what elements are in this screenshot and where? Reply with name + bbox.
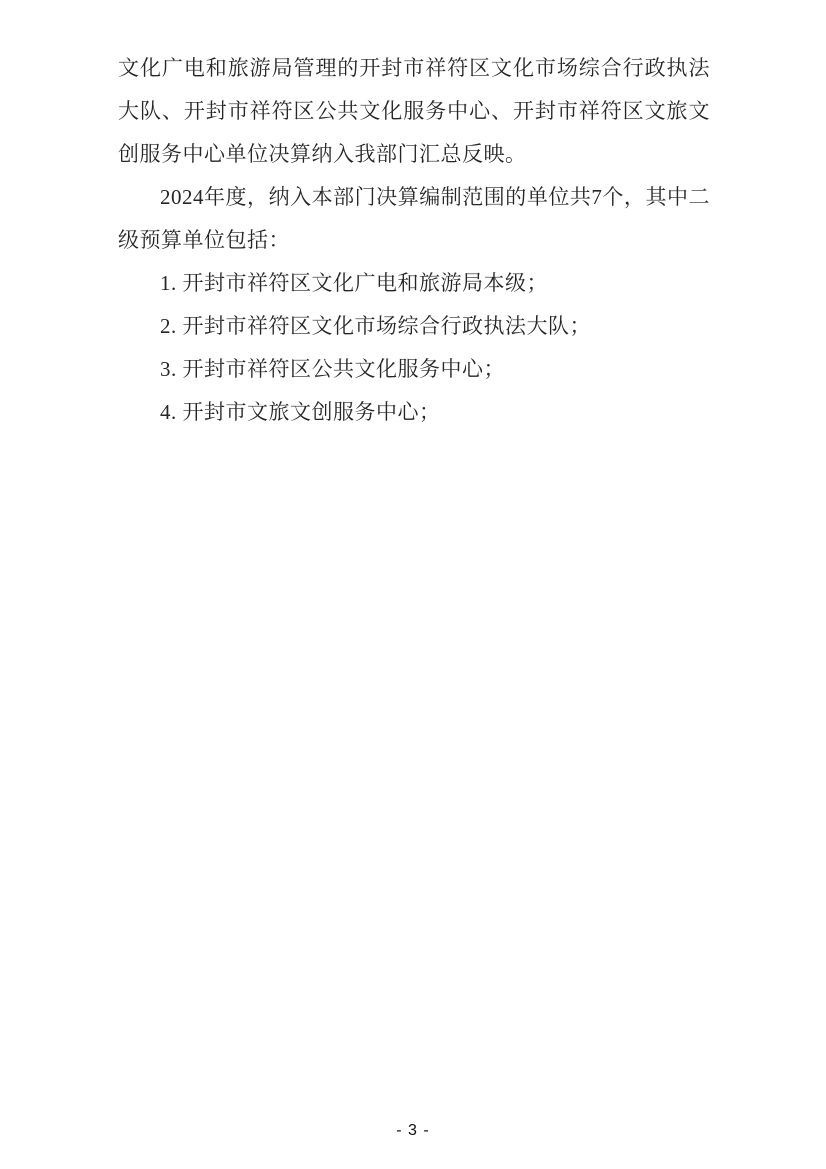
paragraph-continuation: 文化广电和旅游局管理的开封市祥符区文化市场综合行政执法大队、开封市祥符区公共文化…: [118, 47, 710, 176]
document-page: 文化广电和旅游局管理的开封市祥符区文化市场综合行政执法大队、开封市祥符区公共文化…: [0, 0, 826, 1169]
list-item-unit-1: 1. 开封市祥符区文化广电和旅游局本级；: [118, 262, 710, 305]
paragraph-scope: 2024年度，纳入本部门决算编制范围的单位共7个，其中二级预算单位包括：: [118, 176, 710, 262]
budget-units-list: 1. 开封市祥符区文化广电和旅游局本级； 2. 开封市祥符区文化市场综合行政执法…: [118, 262, 710, 434]
list-item-unit-4: 4. 开封市文旅文创服务中心；: [118, 391, 710, 434]
page-number: - 3 -: [396, 1122, 429, 1139]
document-body: 文化广电和旅游局管理的开封市祥符区文化市场综合行政执法大队、开封市祥符区公共文化…: [118, 47, 710, 434]
list-item-unit-3: 3. 开封市祥符区公共文化服务中心；: [118, 348, 710, 391]
page-footer: - 3 -: [0, 1122, 826, 1140]
list-item-unit-2: 2. 开封市祥符区文化市场综合行政执法大队；: [118, 305, 710, 348]
